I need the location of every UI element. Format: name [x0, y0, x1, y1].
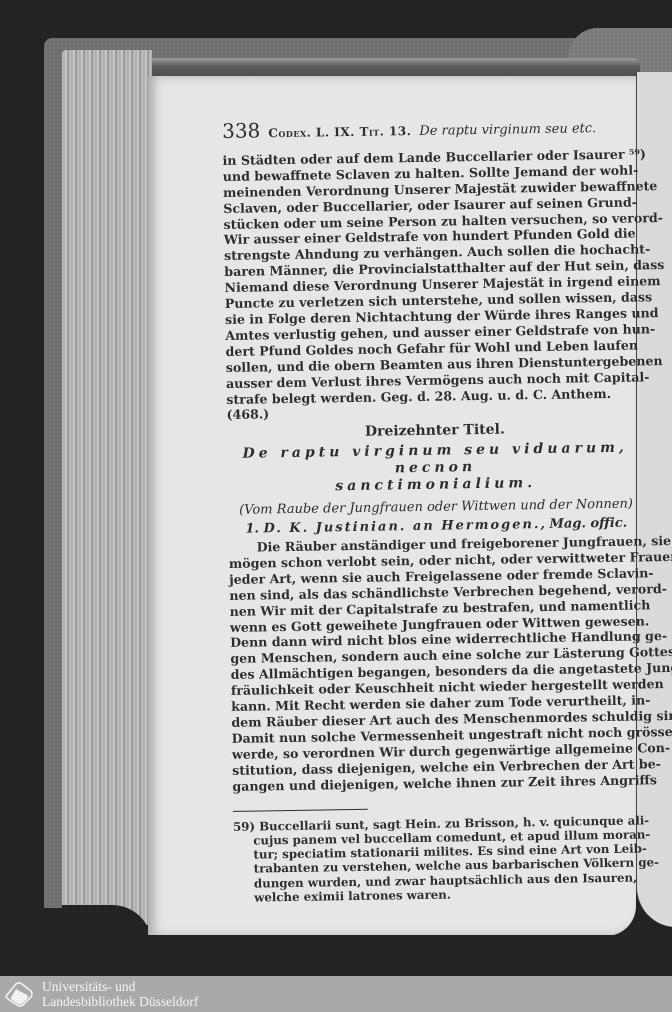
library-name: Universitäts- und Landesbibliothek Düsse… [42, 979, 198, 1009]
law-ref-name: D. K. Justinian. an Hermogen. [263, 517, 540, 536]
page-block-edges [62, 50, 152, 925]
law-ref-office: , Mag. offic. [540, 516, 627, 532]
page-top-edge [95, 58, 640, 78]
background-bottom [0, 935, 672, 975]
footnote-rule [233, 808, 368, 811]
library-name-line-2: Landesbibliothek Düsseldorf [42, 994, 198, 1009]
library-name-line-1: Universitäts- und [42, 979, 198, 994]
body-text-part-1: in Städten oder auf dem Lande Buccellari… [222, 146, 642, 423]
law-number: 1. [245, 522, 259, 537]
body-text-part-2: Die Räuber anständiger und freigeborener… [229, 533, 649, 794]
page-content: 338 Codex. L. IX. Tit. 13. De raptu virg… [222, 117, 650, 905]
running-head-title: De raptu virginum seu etc. [419, 121, 596, 140]
book-logo-icon [4, 981, 34, 1007]
footnote: 59) Buccellarii sunt, sagt Hein. zu Bris… [233, 813, 650, 905]
page-number: 338 [222, 123, 260, 140]
codex-reference: Codex. L. IX. Tit. 13. [268, 124, 411, 142]
